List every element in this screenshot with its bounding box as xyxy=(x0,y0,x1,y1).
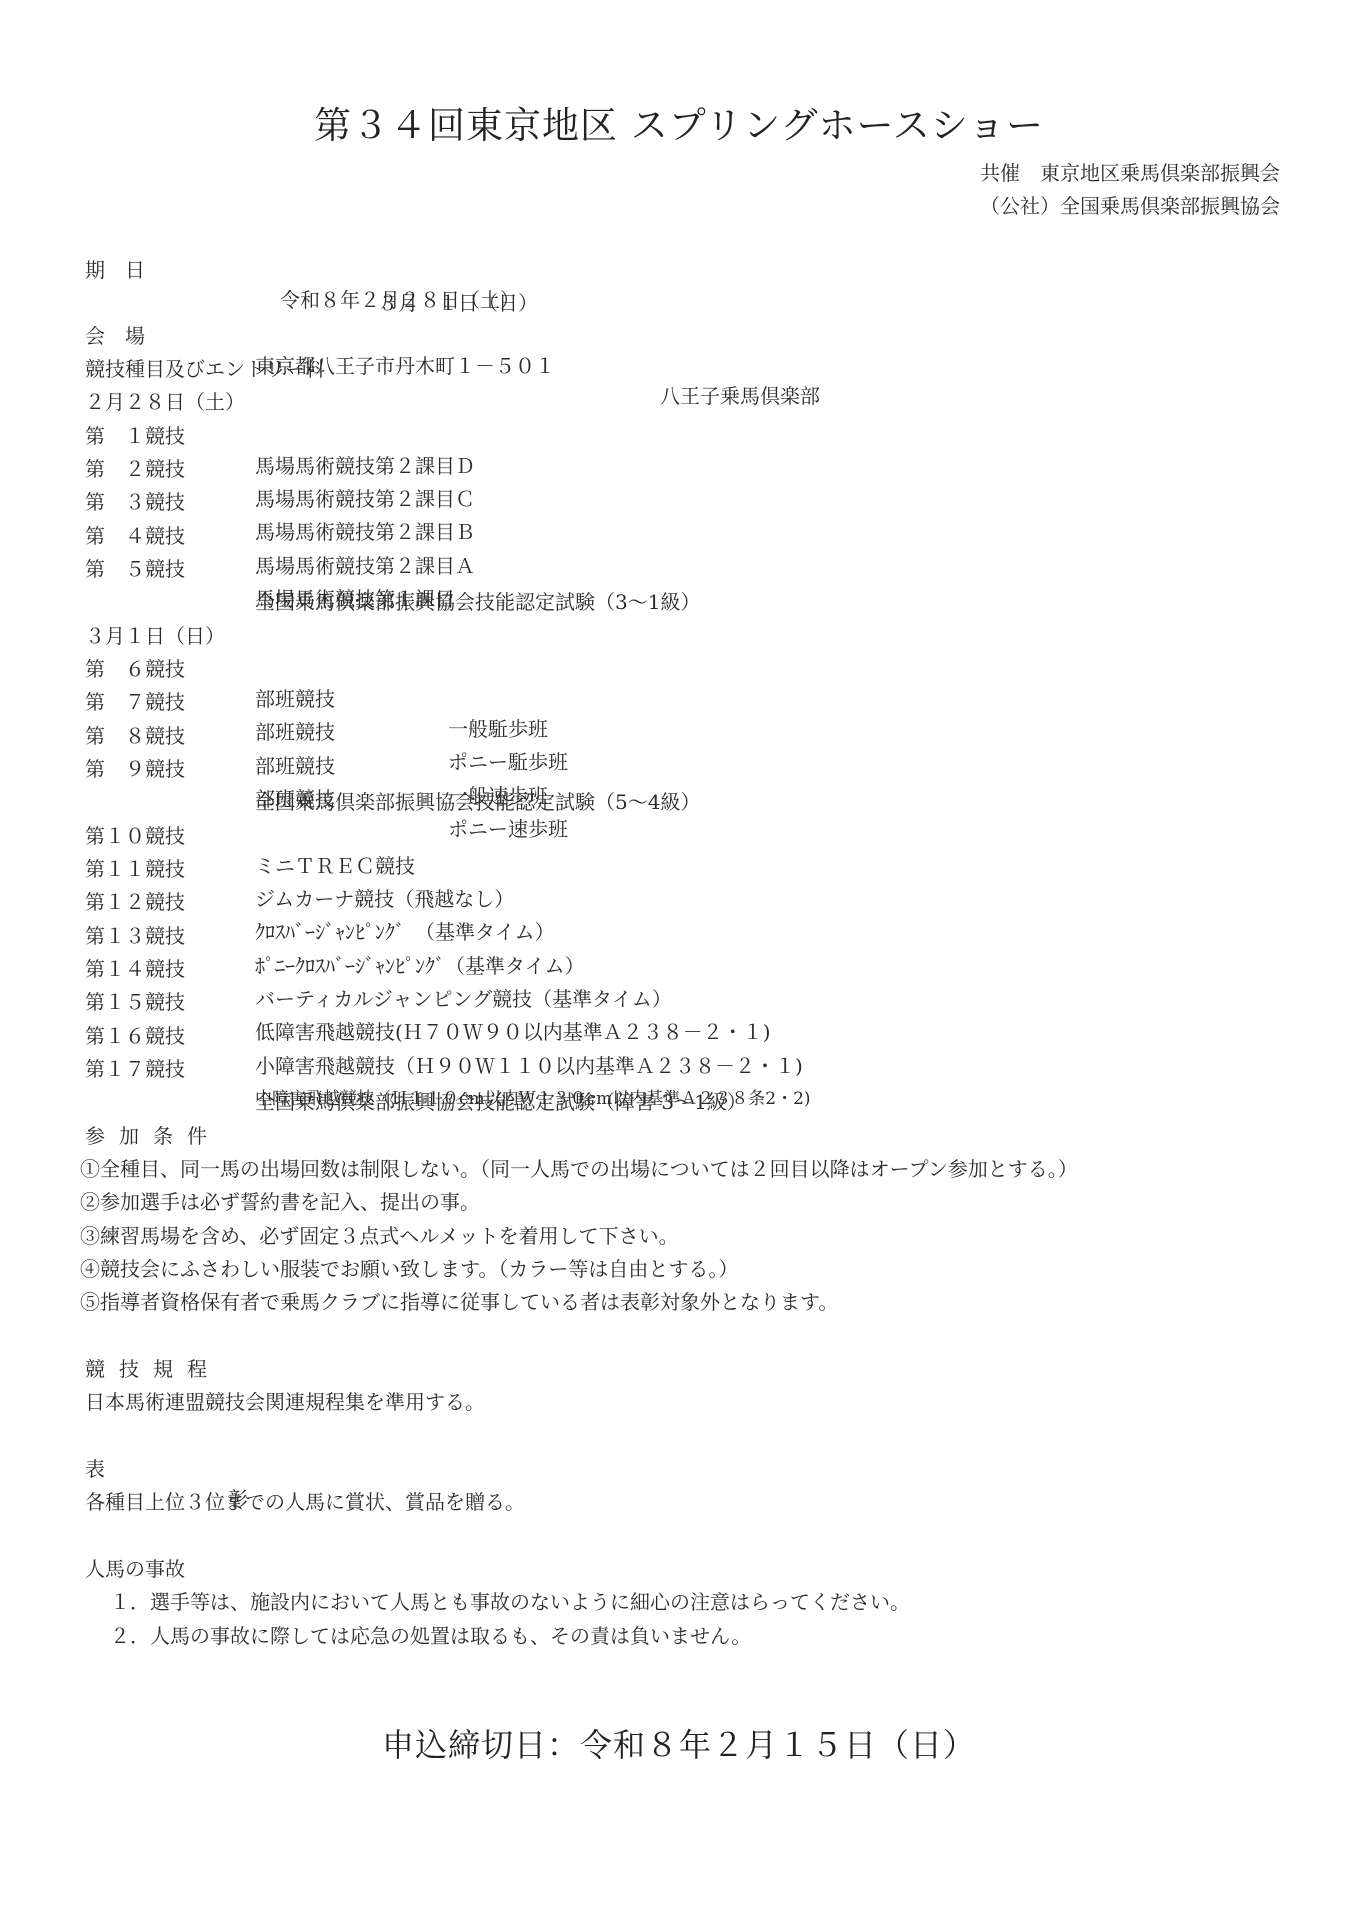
condition-item: ③練習馬場を含め、必ず固定３点式ヘルメットを着用して下さい。 xyxy=(0,1191,1358,1221)
day1-note-row: 全国乗馬倶楽部振興協会技能認定試験（3～1級） xyxy=(0,557,1358,587)
rules-heading-row: 競技規程 xyxy=(0,1324,1358,1354)
event-row: 第 ５競技 馬場馬術競技第１課目 xyxy=(0,524,1358,554)
event-row: 第 ６競技 部班競技 一般駈歩班 xyxy=(0,624,1358,654)
event-row: 第１０競技 ミニＴＲＥＣ競技 xyxy=(0,791,1358,821)
day1-label-row: ２月２８日（土） xyxy=(0,357,1358,387)
event-row: 第 ７競技 部班競技 ポニー駈歩班 xyxy=(0,657,1358,687)
event-row: 第 ４競技 馬場馬術競技第２課目Ａ xyxy=(0,491,1358,521)
day2-note-a-row: 全国乗馬倶楽部振興協会技能認定試験（5～4級） xyxy=(0,757,1358,787)
event-row: 第 ８競技 部班競技 一般速歩班 xyxy=(0,691,1358,721)
event-row: 第 ９競技 部班競技 ポニー速歩班 xyxy=(0,724,1358,754)
accident-item: １．選手等は、施設内において人馬とも事故のないように細心の注意はらってください。 xyxy=(0,1557,1358,1587)
rules-text-row: 日本馬術連盟競技会関連規程集を準用する。 xyxy=(0,1357,1358,1387)
event-row: 第１６競技 小障害飛越競技（Ｈ９０Ｗ１１０以内基準Ａ２３８－２・１) xyxy=(0,991,1358,1021)
application-deadline: 申込締切日：令和８年２月１５日（日） xyxy=(0,1720,1358,1766)
cohost-line-1: 共催 東京地区乗馬倶楽部振興会 xyxy=(980,157,1280,186)
awards-text: 各種目上位３位までの人馬に賞状、賞品を贈る。 xyxy=(85,1487,525,1517)
document-page: 第３４回東京地区 スプリングホースショー 共催 東京地区乗馬倶楽部振興会 （公社… xyxy=(0,0,1358,1920)
day2-label-row: ３月１日（日） xyxy=(0,591,1358,621)
schedule-row-1: 期 日 令和８年２月２８日（土） xyxy=(0,225,1358,255)
event-row: 第１２競技 ｸﾛｽﾊﾞｰｼﾞｬﾝﾋﾟﾝｸﾞ （基準タイム） xyxy=(0,857,1358,887)
condition-item: ④競技会にふさわしい服装でお願い致します。（カラー等は自由とする。） xyxy=(0,1224,1358,1254)
event-row: 第１４競技 バーティカルジャンピング競技（基準タイム） xyxy=(0,924,1358,954)
day2-note-b-row: 全国乗馬倶楽部振興協会技能認定試験（障害 3～1級） xyxy=(0,1057,1358,1087)
event-row: 第１３競技 ﾎﾟﾆｰｸﾛｽﾊﾞｰｼﾞｬﾝﾋﾟﾝｸﾞ（基準タイム） xyxy=(0,891,1358,921)
event-row: 第１５競技 低障害飛越競技(Ｈ７０Ｗ９０以内基準Ａ２３８－２・１) xyxy=(0,957,1358,987)
schedule-row-2: ３月 １日（日） xyxy=(0,258,1358,288)
awards-heading-row: 表 彰 xyxy=(0,1424,1358,1454)
condition-item: ②参加選手は必ず誓約書を記入、提出の事。 xyxy=(0,1157,1358,1187)
events-heading-row: 競技種目及びエントリー料 xyxy=(0,324,1358,354)
accident-item: ２．人馬の事故に際しては応急の処置は取るも、その責は負いません。 xyxy=(0,1591,1358,1621)
condition-text: ⑤指導者資格保有者で乗馬クラブに指導に従事している者は表彰対象外となります。 xyxy=(80,1287,838,1317)
condition-item: ①全種目、同一馬の出場回数は制限しない。（同一人馬での出場については２回目以降は… xyxy=(0,1124,1358,1154)
event-row: 第 ２競技 馬場馬術競技第２課目Ｃ xyxy=(0,424,1358,454)
venue-row: 会 場 東京都八王子市丹木町１－５０１ 八王子乗馬倶楽部 xyxy=(0,291,1358,321)
rules-text: 日本馬術連盟競技会関連規程集を準用する。 xyxy=(85,1387,485,1417)
cohost-line-2: （公社）全国乗馬倶楽部振興協会 xyxy=(980,190,1280,219)
event-row: 第１７競技 中障害飛越競技（Ｈ１１０cm以内Ｗ１３０cm以内基準Ａ２３８条2・2… xyxy=(0,1024,1358,1054)
event-row: 第１１競技 ジムカーナ競技（飛越なし） xyxy=(0,824,1358,854)
event-row: 第 １競技 馬場馬術競技第２課目Ｄ xyxy=(0,391,1358,421)
awards-text-row: 各種目上位３位までの人馬に賞状、賞品を贈る。 xyxy=(0,1457,1358,1487)
accident-text: ２．人馬の事故に際しては応急の処置は取るも、その責は負いません。 xyxy=(110,1621,751,1651)
document-title: 第３４回東京地区 スプリングホースショー xyxy=(0,95,1358,149)
condition-item: ⑤指導者資格保有者で乗馬クラブに指導に従事している者は表彰対象外となります。 xyxy=(0,1257,1358,1287)
accidents-heading-row: 人馬の事故 xyxy=(0,1524,1358,1554)
event-row: 第 ３競技 馬場馬術競技第２課目Ｂ xyxy=(0,457,1358,487)
conditions-heading-row: 参加条件 xyxy=(0,1091,1358,1121)
